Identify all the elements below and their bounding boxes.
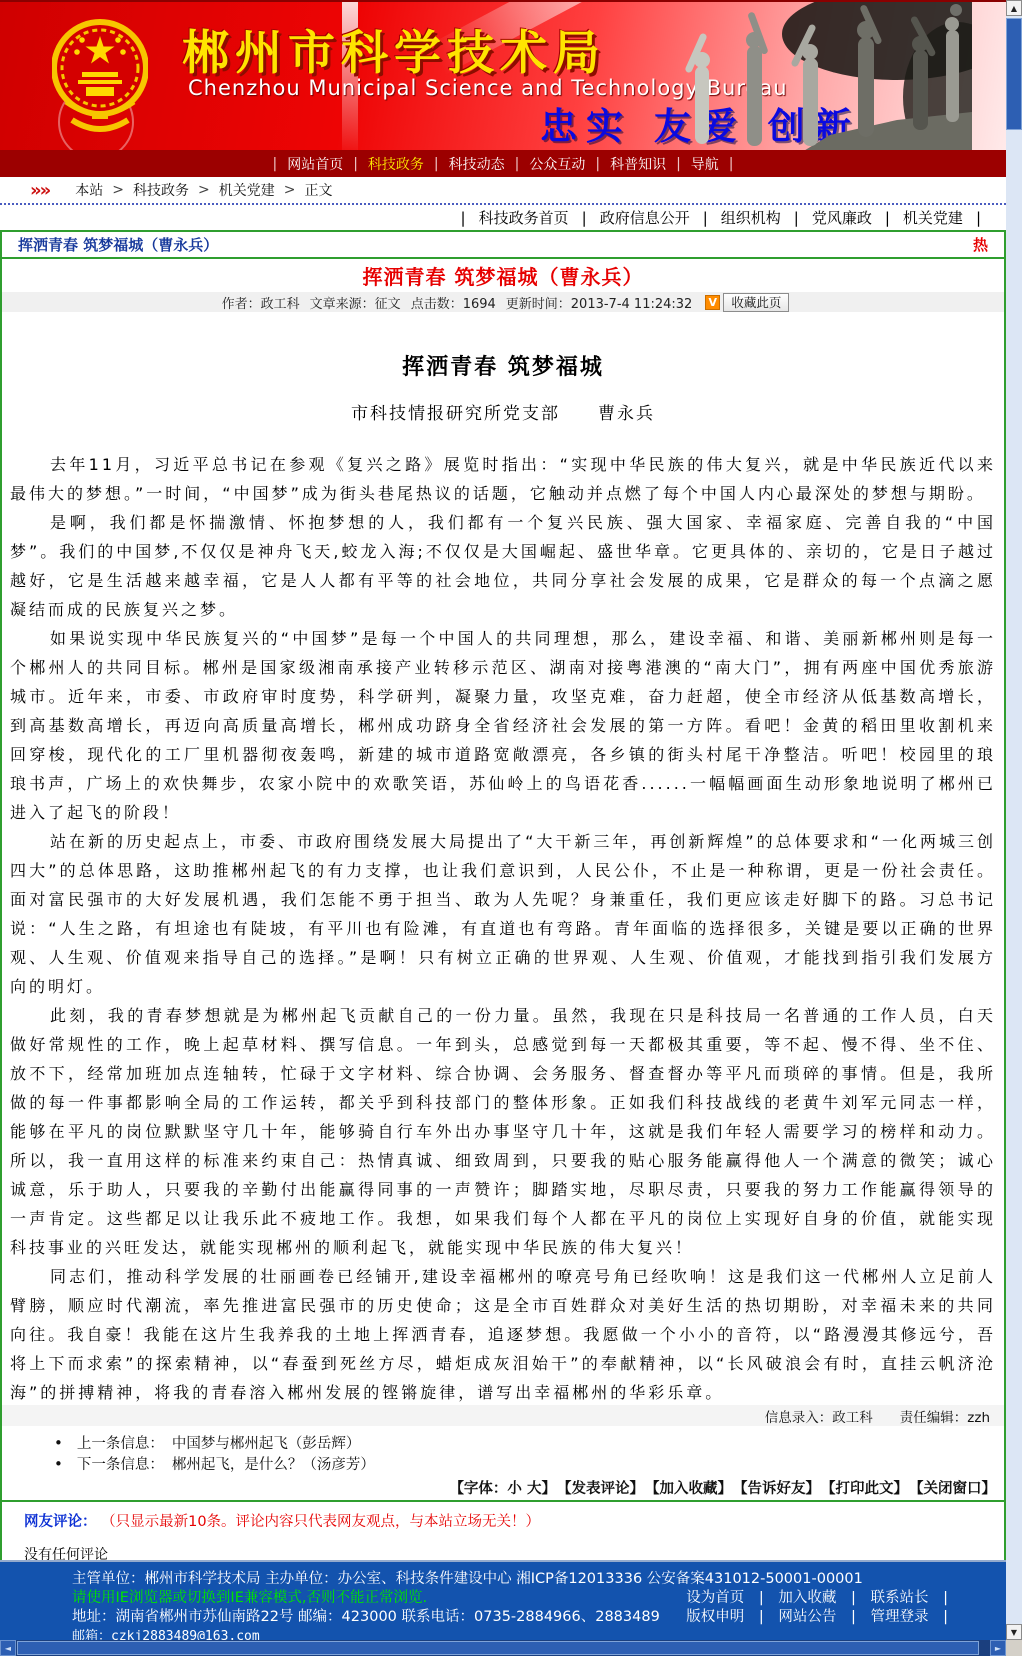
prev-article-link[interactable]: 中国梦与郴州起飞（彭岳辉） [172,1432,361,1453]
subnav-item-partybuilding[interactable]: 机关党建 [903,207,963,228]
breadcrumb-current: 正文 [304,180,332,200]
breadcrumb-party[interactable]: 机关党建 [219,180,275,200]
subnav-item-infopublic[interactable]: 政府信息公开 [600,207,690,228]
vertical-scroll-thumb[interactable] [1006,18,1022,130]
comments-label: 网友评论： [24,1514,97,1530]
breadcrumb-separator: > [284,182,296,198]
favorite-page-button[interactable]: 收藏此页 [723,293,789,312]
sub-nav: | 科技政务首页 | 政府信息公开 | 组织机构 | 党风廉政 | 机关党建 | [0,205,1006,230]
scrollbar-corner [1006,1640,1022,1656]
favorite-icon[interactable]: V [705,295,720,310]
meta-updated: 更新时间：2013-7-4 11:24:32 [506,293,693,312]
subnav-separator: | [885,209,890,227]
subnav-item-organization[interactable]: 组织机构 [721,207,781,228]
header-banner: 郴州市科学技术局 Chenzhou Municipal Science and … [0,0,1006,150]
breadcrumb: »» 本站 > 科技政务 > 机关党建 > 正文 [0,177,1006,203]
bullet-icon: • [54,1455,63,1473]
horizontal-scroll-thumb[interactable] [17,1641,979,1655]
scroll-right-icon[interactable]: ► [990,1640,1006,1656]
sculpture-image [662,2,972,150]
font-size-buttons[interactable]: 【字体：小 大】 [449,1477,556,1498]
entry-info-bar: 信息录入：政工科 责任编辑：zzh [2,1405,1004,1426]
site-footer: 主管单位：郴州市科学技术局 主办单位：办公室、科技条件建设中心 湘ICP备120… [0,1560,1006,1640]
paragraph: 同志们，推动科学发展的壮丽画卷已经铺开,建设幸福郴州的嘹亮号角已经吹响！这是我们… [10,1262,996,1405]
next-article-label: 下一条信息： [77,1453,164,1474]
tell-friend-button[interactable]: 【告诉好友】 [733,1477,820,1498]
vertical-scrollbar[interactable]: ▲ ▼ [1006,0,1022,1640]
post-comment-button[interactable]: 【发表评论】 [557,1477,644,1498]
footer-separator: | [851,1590,856,1606]
footer-links-row1: 设为首页 | 加入收藏 | 联系站长 | [686,1589,958,1608]
footer-links-row2: 版权申明 | 网站公告 | 管理登录 | [686,1608,958,1627]
listbar-article-link[interactable]: 挥洒青春 筑梦福城（曹永兵） [18,234,218,255]
meta-author: 作者：政工科 [222,293,300,312]
article-body-byline: 市科技情报研究所党支部 曹永兵 [10,399,996,424]
nav-separator: | [272,156,277,172]
bullet-icon: • [54,1434,63,1452]
horizontal-scrollbar[interactable]: ◄ ► [0,1640,1006,1656]
subnav-separator: | [461,209,466,227]
meta-clicks: 点击数：1694 [411,293,496,312]
nav-separator: | [353,156,358,172]
close-window-button[interactable]: 【关闭窗口】 [909,1477,996,1498]
print-button[interactable]: 【打印此文】 [821,1477,908,1498]
set-homepage-link[interactable]: 设为首页 [686,1590,744,1606]
paragraph: 站在新的历史起点上，市委、市政府围绕发展大局提出了“大干新三年，再创新辉煌”的总… [10,827,996,1001]
paragraph: 如果说实现中华民族复兴的“中国梦”是每一个中国人的共同理想，那么，建设幸福、和谐… [10,624,996,827]
nav-separator: | [676,156,681,172]
article-body-title: 挥洒青春 筑梦福城 [10,350,996,381]
subnav-separator: | [582,209,587,227]
comments-header: 网友评论： （只显示最新10条。评论内容只代表网友观点，与本站立场无关！） [24,1510,1004,1531]
article-header: 挥洒青春 筑梦福城（曹永兵） [2,259,1004,292]
breadcrumb-separator: > [112,182,124,198]
nav-separator: | [729,156,734,172]
article-body: 挥洒青春 筑梦福城 市科技情报研究所党支部 曹永兵 去年11月，习近平总书记在参… [2,312,1004,1405]
subnav-item-integrity[interactable]: 党风廉政 [812,207,872,228]
article-actions-bar: 【字体：小 大】 【发表评论】 【加入收藏】 【告诉好友】 【打印此文】 【关闭… [2,1474,1004,1502]
footer-links: 设为首页 | 加入收藏 | 联系站长 | 版权申明 | 网站公告 | 管理登录 … [686,1589,958,1627]
main-nav: | 网站首页 | 科技政务 | 科技动态 | 公众互动 | 科普知识 | 导航 … [0,150,1006,177]
article-meta-bar: 作者：政工科 文章来源：征文 点击数：1694 更新时间：2013-7-4 11… [2,292,1004,312]
footer-sponsor-line: 主管单位：郴州市科学技术局 主办单位：办公室、科技条件建设中心 湘ICP备120… [72,1570,1006,1589]
prev-article-label: 上一条信息： [77,1432,164,1453]
breadcrumb-separator: > [198,182,210,198]
scroll-up-icon[interactable]: ▲ [1006,0,1022,16]
nav-separator: | [515,156,520,172]
scroll-down-icon[interactable]: ▼ [1006,1624,1022,1640]
hot-badge: 热 [973,234,988,255]
prev-article-row: • 上一条信息： 中国梦与郴州起飞（彭岳辉） [54,1432,1004,1453]
site-title: 郴州市科学技术局 [182,16,606,83]
page: 郴州市科学技术局 Chenzhou Municipal Science and … [0,0,1022,1656]
scroll-left-icon[interactable]: ◄ [0,1640,16,1656]
subnav-separator: | [703,209,708,227]
subnav-separator: | [794,209,799,227]
footer-separator: | [943,1590,948,1606]
next-article-row: • 下一条信息： 郴州起飞，是什么？（汤彦芳） [54,1453,1004,1474]
article-title: 挥洒青春 筑梦福城（曹永兵） [363,261,644,290]
nav-item-science[interactable]: 科普知识 [610,154,666,174]
nav-item-news[interactable]: 科技动态 [449,154,505,174]
nav-item-govaffairs[interactable]: 科技政务 [368,154,424,174]
content-frame: 挥洒青春 筑梦福城（曹永兵） 热 挥洒青春 筑梦福城（曹永兵） 作者：政工科 文… [0,230,1006,1560]
comments-note: （只显示最新10条。评论内容只代表网友观点，与本站立场无关！） [101,1514,540,1530]
footer-separator: | [851,1609,856,1625]
next-article-link[interactable]: 郴州起飞，是什么？（汤彦芳） [172,1453,375,1474]
prev-next-links: • 上一条信息： 中国梦与郴州起飞（彭岳辉） • 下一条信息： 郴州起飞，是什么… [2,1426,1004,1474]
nav-item-interaction[interactable]: 公众互动 [529,154,585,174]
paragraph: 此刻，我的青春梦想就是为郴州起飞贡献自己的一份力量。虽然，我现在只是科技局一名普… [10,1001,996,1262]
double-arrow-icon: »» [30,180,49,201]
footer-separator: | [759,1590,764,1606]
entry-info: 信息录入：政工科 责任编辑：zzh [765,1406,990,1426]
copyright-link[interactable]: 版权申明 [686,1609,744,1625]
comments-section: 网友评论： （只显示最新10条。评论内容只代表网友观点，与本站立场无关！） 没有… [2,1502,1004,1560]
site-notice-link[interactable]: 网站公告 [778,1609,836,1625]
breadcrumb-govaffairs[interactable]: 科技政务 [133,180,189,200]
footer-separator: | [943,1609,948,1625]
subnav-separator: | [976,209,981,227]
nav-item-home[interactable]: 网站首页 [287,154,343,174]
paragraph: 是啊，我们都是怀揣激情、怀抱梦想的人，我们都有一个复兴民族、强大国家、幸福家庭、… [10,508,996,624]
nav-separator: | [595,156,600,172]
national-emblem-icon [52,10,148,144]
add-favorite-link[interactable]: 加入收藏 [778,1590,836,1606]
breadcrumb-site[interactable]: 本站 [75,180,103,200]
admin-login-link[interactable]: 管理登录 [871,1609,929,1625]
contact-webmaster-link[interactable]: 联系站长 [871,1590,929,1606]
nav-item-sitemap[interactable]: 导航 [691,154,719,174]
paragraph: 去年11月，习近平总书记在参观《复兴之路》展览时指出：“实现中华民族的伟大复兴，… [10,450,996,508]
add-favorite-button[interactable]: 【加入收藏】 [645,1477,732,1498]
article-list-bar: 挥洒青春 筑梦福城（曹永兵） 热 [2,232,1004,259]
main-column: 郴州市科学技术局 Chenzhou Municipal Science and … [0,0,1006,1640]
meta-source: 文章来源：征文 [310,293,401,312]
subnav-item-govhome[interactable]: 科技政务首页 [479,207,569,228]
nav-separator: | [434,156,439,172]
footer-separator: | [759,1609,764,1625]
